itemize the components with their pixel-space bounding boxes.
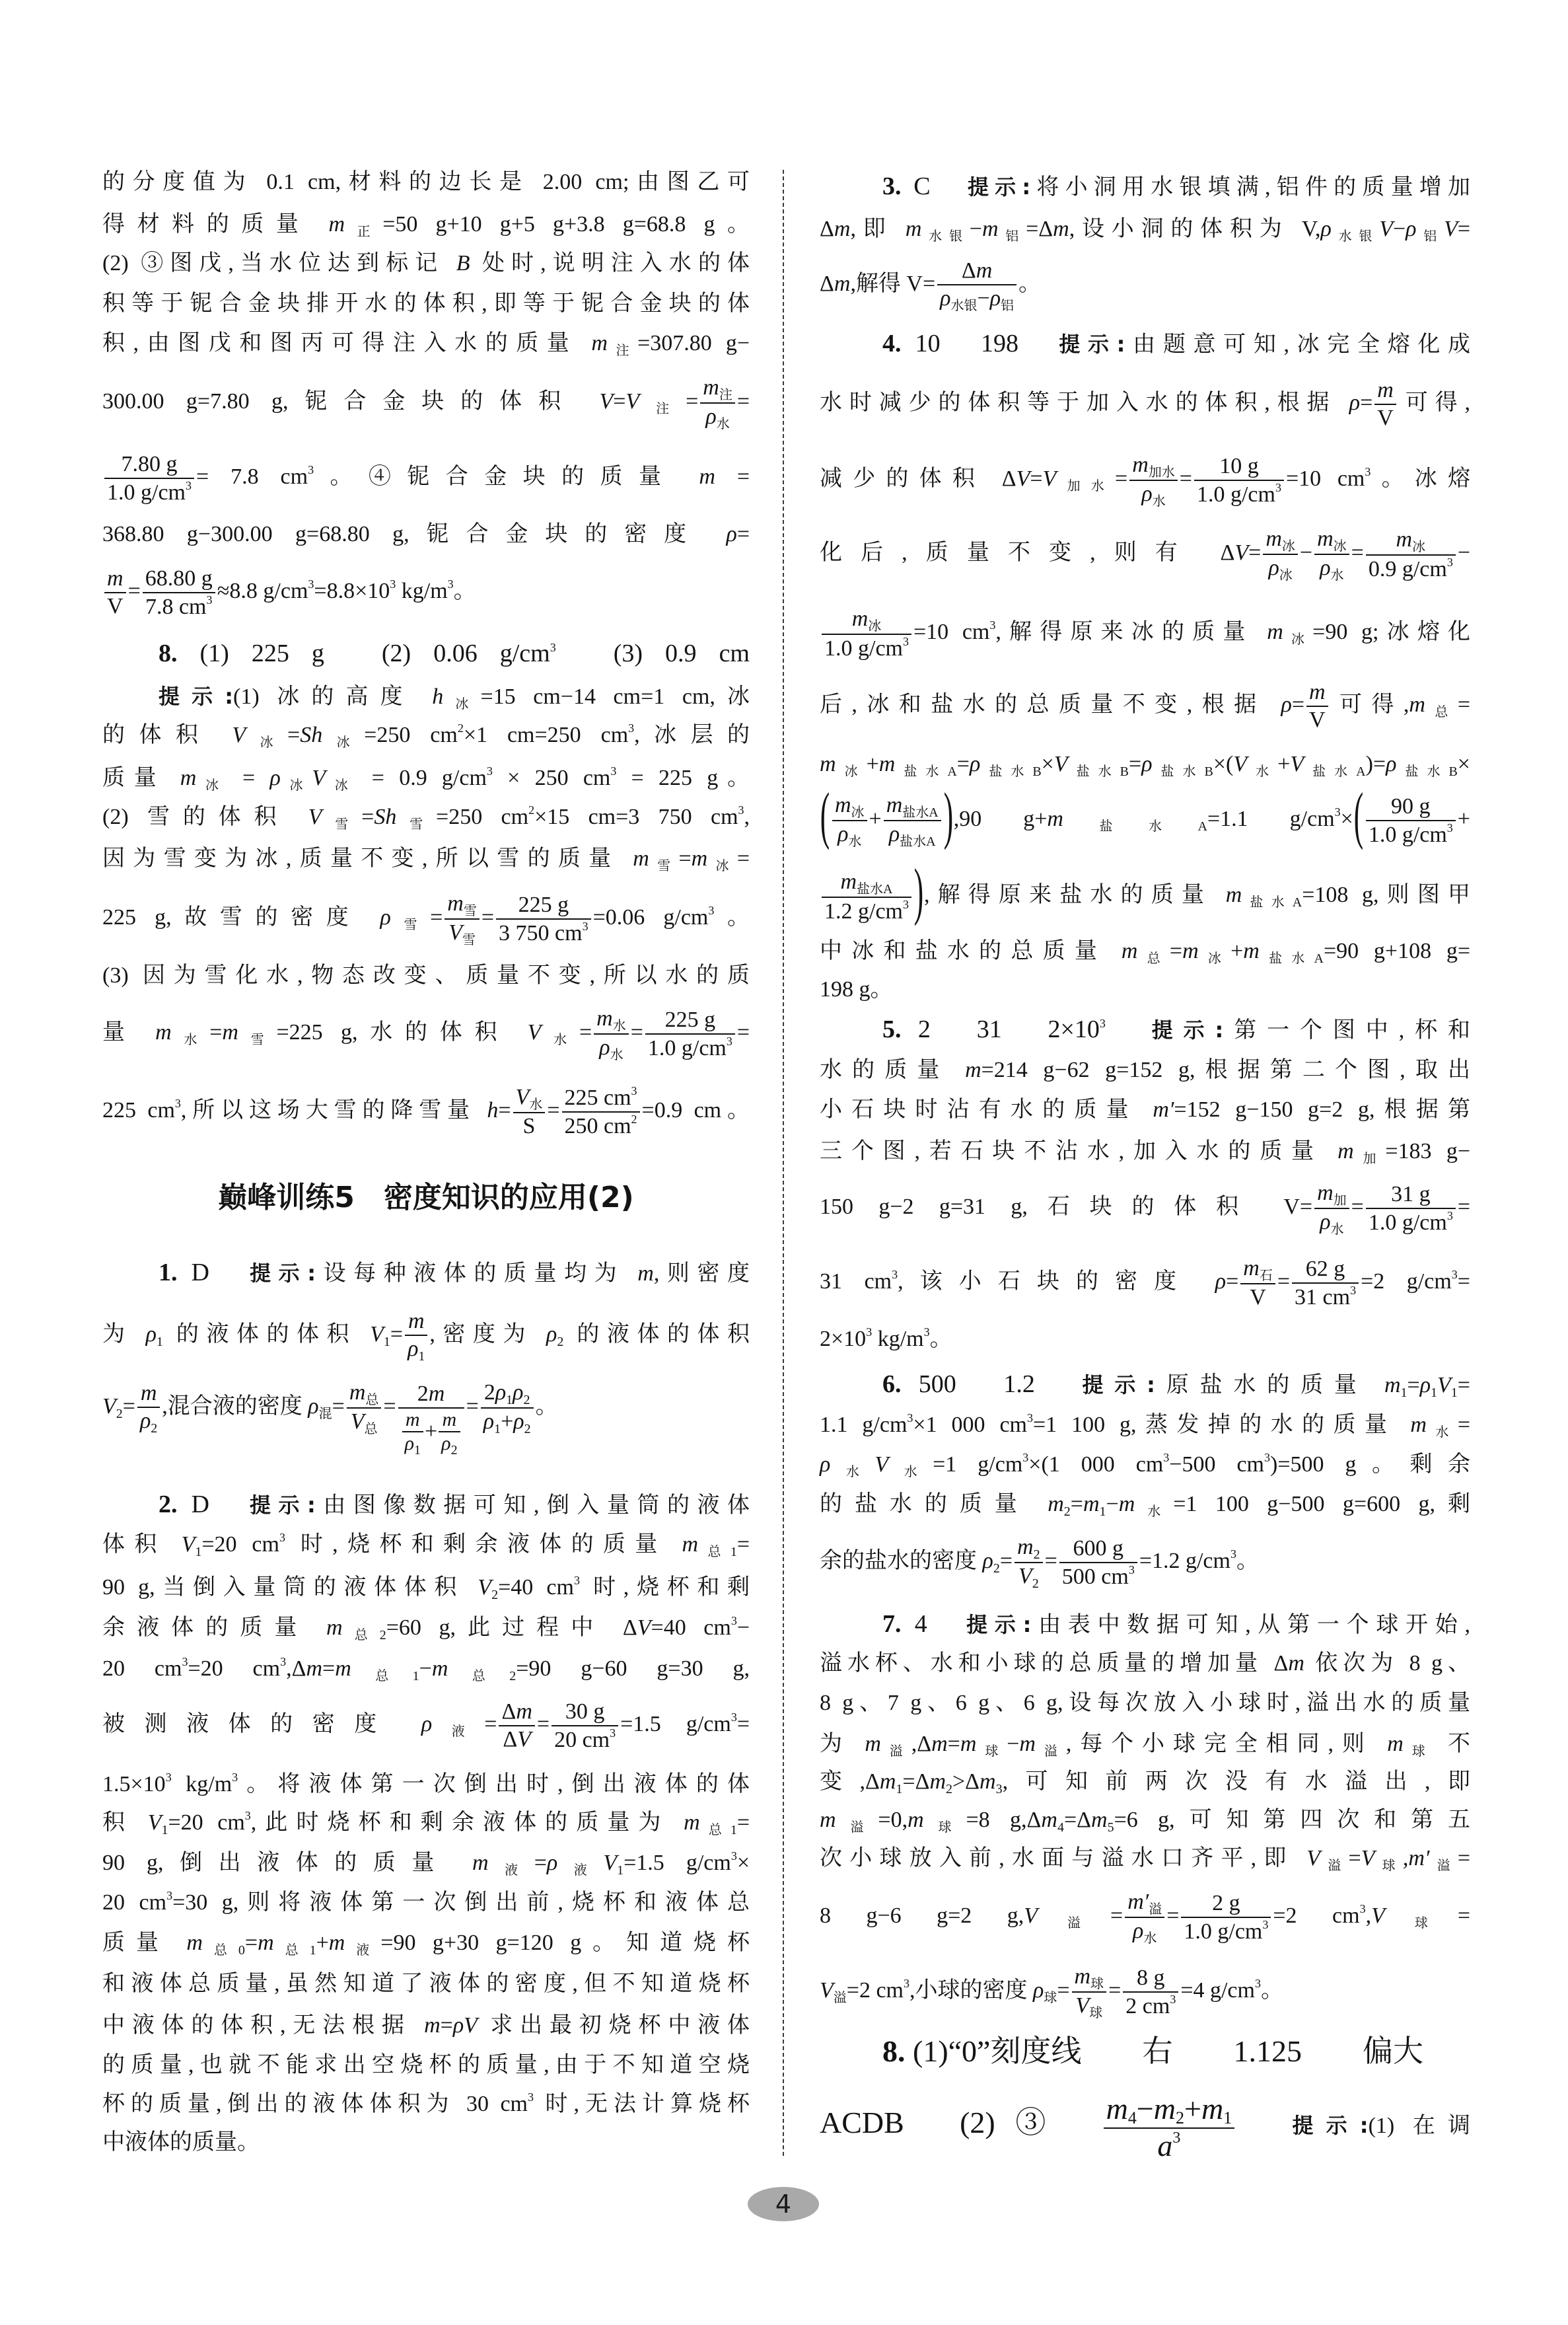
text-run: 减少的体积 Δ <box>820 466 1016 491</box>
text-line: m溢=0,m球=8 g,Δm4=Δm5=6 g,可知第四次和第五 <box>820 1800 1470 1840</box>
text-line: 中液体的体积,无法根据 m=ρV 求出最初烧杯中液体 <box>102 2006 750 2046</box>
text-run: 余液体的质量 <box>102 1615 326 1640</box>
math-variable: ρ <box>1281 692 1292 717</box>
math-variable: ρ <box>970 752 980 776</box>
subscript: 液 <box>489 1863 534 1878</box>
math-variable: m <box>960 1732 977 1756</box>
subscript: 注 <box>608 344 637 358</box>
subscript: 石 <box>1260 1269 1273 1283</box>
answer-text: 4 <box>902 1610 967 1638</box>
text-run: =1.5 g/cm <box>620 1712 731 1736</box>
subscript: 1 <box>161 1823 168 1837</box>
text-run: 7.8 cm <box>145 595 207 619</box>
text-run: 225 cm <box>565 1086 631 1110</box>
denominator: 7.8 cm3 <box>143 593 215 620</box>
fraction: 90 g1.0 g/cm3 <box>1366 794 1456 848</box>
text-line: 积,由图戊和图丙可得注入水的质量 m注=307.80 g− <box>102 324 750 363</box>
text-line: 1.5×103 kg/m3。将液体第一次倒出时,倒出液体的体 <box>102 1765 750 1804</box>
math-variable: ρ <box>441 1432 450 1454</box>
superscript: 3 <box>1447 556 1453 569</box>
text-run: 90 g,倒出液体的质量 <box>102 1851 472 1875</box>
text-run: 31 cm <box>820 1269 892 1294</box>
answer-text: ACDB (2) ③ <box>820 2106 1102 2139</box>
denominator: V <box>1306 707 1328 733</box>
math-variable: m <box>699 464 715 489</box>
math-variable: m <box>637 1261 654 1286</box>
text-run: = <box>1110 1903 1123 1928</box>
math-variable: V <box>528 1020 542 1045</box>
text-run: = <box>245 1931 258 1955</box>
superscript: 3 <box>628 721 634 735</box>
denominator: 1.2 g/cm3 <box>822 898 911 924</box>
subscript: 1 <box>1451 1385 1458 1400</box>
text-run: = <box>1408 1373 1420 1397</box>
question-number: 1. <box>159 1259 178 1286</box>
math-variable: m <box>1041 1808 1057 1832</box>
text-run: 积,由图戊和图丙可得注入水的质量 <box>102 331 591 355</box>
math-variable: ρ <box>599 1035 610 1060</box>
math-variable: m <box>424 2013 441 2038</box>
math-variable: V <box>820 1978 834 2003</box>
fraction: mV <box>1306 680 1328 733</box>
math-variable: m <box>258 1931 274 1955</box>
math-variable: m <box>834 272 851 296</box>
numerator: 225 g <box>496 893 591 920</box>
fraction: 2ρ1ρ2ρ1+ρ2 <box>481 1380 534 1436</box>
denominator: 2 cm3 <box>1123 1993 1178 2019</box>
text-run: =1 100 g−500 g=600 g,剩 <box>1173 1492 1470 1516</box>
numerator: 8 g <box>1123 1966 1178 1993</box>
text-run: − <box>1300 540 1312 565</box>
numerator: m <box>1374 378 1396 405</box>
text-line: 8 g、7 g、6 g、6 g,设每次放入小球时,溢出水的质量 <box>820 1683 1470 1723</box>
text-run: ,冰层的 <box>634 723 750 747</box>
denominator: ρ盐水A <box>884 821 941 848</box>
math-variable: ρ <box>1320 556 1330 580</box>
math-variable: V <box>603 1851 617 1875</box>
answer-text: 2 31 2×10 <box>902 1015 1100 1043</box>
text-line: m盐水A1.2 g/cm3),解得原来盐水的质量 m盐水A=108 g,则图甲 <box>820 875 1470 915</box>
math-variable: h <box>432 684 443 709</box>
text-run: 。 <box>1018 272 1041 296</box>
text-line: 质量 m总0=m总1+m液=90 g+30 g=120 g。知道烧杯 <box>102 1923 750 1963</box>
superscript: 3 <box>166 1771 172 1784</box>
text-line: m冰+m盐水A=ρ盐水B×V盐水B=ρ盐水B×(V水+V盐水A)=ρ盐水B× <box>820 745 1470 784</box>
text-run: + <box>1230 939 1243 963</box>
text-run: = <box>1248 540 1261 565</box>
superscript: 3 <box>245 1809 251 1822</box>
text-run: =20 cm <box>168 1810 244 1835</box>
text-run: 中液体的质量。 <box>102 2130 260 2155</box>
text-line: m冰1.0 g/cm3=10 cm3,解得原来冰的质量 m冰=90 g;冰熔化 <box>820 612 1470 652</box>
math-variable: ρ <box>1420 1373 1431 1397</box>
subscript: 2 <box>946 1782 952 1796</box>
math-variable: ρ <box>1033 1978 1044 2003</box>
numerator: m水 <box>594 1006 629 1035</box>
math-variable: Sh <box>300 723 322 747</box>
text-line: 量 m水=m雪=225 g,水的体积 V水=m水ρ水=225 g1.0 g/cm… <box>102 1013 750 1052</box>
text-run: = <box>1108 1978 1121 2003</box>
text-run: = <box>737 389 750 414</box>
text-line: 150 g−2 g=31 g,石块的体积 V=m加ρ水=31 g1.0 g/cm… <box>820 1187 1470 1227</box>
math-variable: a <box>1157 2129 1172 2162</box>
text-run: 的盐水的质量 <box>820 1492 1048 1516</box>
text-line: 中液体的质量。 <box>102 2123 750 2162</box>
text-run: 小石块时沾有水的质量 <box>820 1097 1153 1122</box>
text-run: 设每种液体的质量均为 <box>316 1261 637 1286</box>
math-variable: m <box>1243 939 1260 963</box>
numerator: m加 <box>1314 1181 1349 1209</box>
text-run: (3) 因为雪化水,物态改变、质量不变,所以水的质 <box>102 963 750 988</box>
denominator: ρ水 <box>700 404 735 431</box>
fraction: m4−m2+m1a3 <box>1104 2092 1235 2162</box>
text-run: = <box>383 1394 396 1419</box>
text-run: 600 g <box>1073 1536 1124 1561</box>
text-line: ρ水V水=1 g/cm3×(1 000 cm3−500 cm3)=500 g。剩… <box>820 1445 1470 1485</box>
subscript: 总 <box>1425 705 1458 720</box>
denominator: ρ2 <box>137 1408 160 1435</box>
fraction: mρ1 <box>405 1309 427 1363</box>
subscript: 冰 <box>246 735 287 750</box>
text-run: )= <box>1366 752 1386 776</box>
subscript: 冰 <box>326 778 357 793</box>
math-variable: m <box>326 1615 343 1640</box>
superscript: 3 <box>1100 1017 1106 1030</box>
answer-line-q5: 5. 2 31 2×103 提示:第一个图中,杯和 <box>882 1010 1470 1049</box>
math-variable: m <box>1019 1732 1036 1756</box>
text-run: 的体积 <box>102 723 232 747</box>
subscript: 4 <box>1057 1820 1064 1835</box>
text-run: =1 100 g,蒸发掉的水的质量 <box>1033 1413 1410 1437</box>
answer-line-q6: 6. 500 1.2 提示:原盐水的质量 m1=ρ1V1= <box>882 1364 1470 1404</box>
answer-line-q1: 1. D 提示:设每种液体的质量均为 m,则密度 <box>159 1253 750 1292</box>
numerator: m加水 <box>1129 453 1178 481</box>
hint-label: 提示: <box>1152 1017 1224 1043</box>
denominator: V <box>104 593 126 619</box>
superscript: 3 <box>175 1097 181 1110</box>
math-variable: m <box>1409 692 1425 717</box>
subscript: 铝 <box>1416 229 1444 244</box>
subscript: 溢 <box>1149 1902 1162 1917</box>
text-run: − <box>1393 217 1406 241</box>
superscript: 3 <box>1350 1284 1356 1297</box>
text-run: =20 cm <box>201 1532 279 1557</box>
text-run: 500 cm <box>1062 1565 1129 1589</box>
text-run: = <box>737 522 750 546</box>
question-number: 6. <box>882 1370 902 1398</box>
math-variable: m <box>329 212 345 237</box>
subscript: 盐水B <box>1068 764 1129 779</box>
numerator: m盐水A <box>822 869 911 898</box>
text-run: = 0.9 g/cm <box>357 766 487 790</box>
math-variable: m <box>141 1381 157 1405</box>
text-run: = <box>481 905 494 930</box>
text-run: , <box>744 805 750 829</box>
subscript: 雪 <box>649 859 679 873</box>
text-run: ,即 <box>850 217 905 241</box>
denominator: ρ水 <box>832 821 867 848</box>
math-variable: m <box>443 1409 457 1430</box>
denominator: 1.0 g/cm3 <box>645 1035 735 1061</box>
subscript: 盐水B <box>1396 764 1457 779</box>
text-run: = <box>715 464 750 489</box>
math-variable: ρ <box>269 766 280 790</box>
superscript: 3 <box>610 764 616 778</box>
subscript: 液 <box>432 1724 484 1739</box>
question-number: 5. <box>882 1015 902 1043</box>
text-run: ×1 cm=250 cm <box>464 723 628 747</box>
section-heading: 巅峰训练5 密度知识的应用(2) <box>102 1178 750 1218</box>
text-run: (2) 雪的体积 <box>102 805 308 829</box>
text-run: =40 cm <box>498 1575 574 1600</box>
superscript: 3 <box>280 1655 286 1668</box>
math-variable: m <box>1122 939 1138 963</box>
text-run: Δ <box>503 1727 517 1752</box>
answer-key-page: 的分度值为 0.1 cm,材料的边长是 2.00 cm;由图乙可 得材料的质量 … <box>0 0 1568 2325</box>
fraction: m2V2 <box>1015 1535 1043 1590</box>
subscript: 雪 <box>462 933 476 947</box>
text-line: (3) 因为雪化水,物态改变、质量不变,所以水的质 <box>102 956 750 996</box>
fraction: 31 g1.0 g/cm3 <box>1366 1182 1456 1236</box>
superscript: 3 <box>1264 1451 1270 1464</box>
text-run: 20 cm <box>102 1890 166 1915</box>
numerator: m <box>137 1381 160 1408</box>
math-variable: m <box>429 1382 445 1406</box>
text-run: 由题意可知,冰完全熔化成 <box>1125 332 1470 357</box>
text-run: = <box>1351 540 1364 565</box>
math-variable: V <box>874 1452 888 1477</box>
denominator: V <box>1374 405 1396 431</box>
text-run: 中冰和盐水的总质量 <box>820 939 1122 963</box>
math-variable: V <box>1233 752 1247 776</box>
superscript: 3 <box>1129 1563 1135 1576</box>
text-line: 90 g,当倒入量筒的液体体积 V2=40 cm3 时,烧杯和剩 <box>102 1568 750 1607</box>
text-run: =2 cm <box>1273 1903 1359 1928</box>
subscript: 球 <box>976 1744 1007 1759</box>
text-run: 225 cm <box>102 1098 175 1123</box>
subscript: 冰 <box>443 697 480 712</box>
text-run: 第一个图中,杯和 <box>1223 1018 1470 1043</box>
subscript: 球 <box>1044 1991 1057 2005</box>
superscript: 3 <box>308 463 314 476</box>
text-line: 225 g,故雪的密度 ρ雪=m雪V雪=225 g3 750 cm3=0.06 … <box>102 898 750 938</box>
text-run: =8.8×10 <box>314 579 390 603</box>
math-variable: m <box>1243 1256 1260 1280</box>
hint-label: 提示: <box>968 174 1030 200</box>
text-line: 的质量,也就不能求出空烧杯的质量,由于不知道空烧 <box>102 2046 750 2085</box>
subscript: 水 <box>1331 568 1344 583</box>
fraction: m冰ρ冰 <box>1263 527 1298 582</box>
text-run: = <box>498 1098 511 1123</box>
subscript: 注 <box>719 388 732 402</box>
math-variable: h <box>487 1098 498 1123</box>
superscript: 3 <box>731 1849 737 1863</box>
text-run: ,解得 V= <box>850 272 935 296</box>
subscript: 液 <box>557 1863 603 1878</box>
subscript: 冰 <box>1199 951 1230 966</box>
denominator: 1.0 g/cm3 <box>822 635 911 661</box>
text-run: = <box>1115 466 1127 491</box>
superscript: 3 <box>448 577 454 591</box>
text-run: (1) 冰的高度 <box>233 684 432 709</box>
text-run: 次小球放入前,水面与溢水口齐平,即 <box>820 1846 1306 1870</box>
text-run: = <box>1458 692 1470 717</box>
answer-line-q4: 4. 10 198 提示:由题意可知,冰完全熔化成 <box>882 324 1470 363</box>
text-run: 2 <box>417 1382 429 1406</box>
answer-text: 500 1.2 <box>902 1370 1083 1398</box>
column-divider <box>783 170 784 2156</box>
text-run: 质量 <box>102 766 180 790</box>
subscript: 盐水A <box>1304 764 1365 779</box>
text-run: ,设小洞的体积为 V, <box>1069 217 1321 241</box>
denominator: ρ2 <box>439 1432 460 1457</box>
text-run: = <box>1292 692 1304 717</box>
text-run: =50 g+10 g+5 g+3.8 g=68.8 g。 <box>382 212 750 237</box>
text-run: − <box>1137 2092 1154 2125</box>
numerator: m球 <box>1072 1964 1107 1993</box>
question-number: 2. <box>159 1491 178 1518</box>
math-variable: m <box>1267 620 1283 644</box>
text-run: =0, <box>878 1808 908 1832</box>
text-run: 225 g <box>518 893 569 917</box>
numerator: 225 cm3 <box>562 1085 640 1113</box>
text-run: =0.06 g/cm <box>593 905 709 930</box>
math-variable: V <box>1018 1564 1032 1588</box>
math-variable: V <box>1379 217 1393 241</box>
superscript: 3 <box>583 920 588 933</box>
text-run: = <box>430 905 443 930</box>
math-variable: m <box>1075 1964 1091 1989</box>
text-run: 8 g、7 g、6 g、6 g,设每次放入小球时,溢出水的质量 <box>820 1691 1470 1715</box>
math-variable: m <box>1337 1139 1354 1163</box>
math-variable: V <box>102 1394 116 1419</box>
math-variable: m <box>1048 1492 1064 1516</box>
math-variable: ρ <box>705 404 716 429</box>
numerator: m′溢 <box>1125 1890 1164 1918</box>
text-line: 为 ρ1 的液体的体积 V1=mρ1,密度为 ρ2 的液体的体积 <box>102 1315 750 1354</box>
denominator: ρ水银−ρ铝 <box>937 285 1016 313</box>
subscript: 水银 <box>921 229 969 244</box>
fraction: 225 g1.0 g/cm3 <box>645 1008 735 1061</box>
subscript: 水 <box>1247 764 1277 779</box>
text-line: 8 g−6 g=2 g,V溢=m′溢ρ水=2 g1.0 g/cm3=2 cm3,… <box>820 1896 1470 1936</box>
text-run: = <box>579 1020 592 1045</box>
superscript: 3 <box>1447 1209 1453 1222</box>
math-variable: V <box>370 1322 384 1347</box>
subscript: 总2 <box>448 1669 516 1683</box>
text-run: 3 750 cm <box>499 921 583 945</box>
math-variable: ρ <box>820 1452 830 1477</box>
subscript: 冰 <box>707 859 737 873</box>
fraction: 30 g20 cm3 <box>552 1699 618 1753</box>
superscript: 3 <box>1360 1902 1366 1915</box>
text-run: 2 <box>484 1380 495 1405</box>
text-run: 为 <box>102 1322 146 1347</box>
subscript: 盐水B <box>980 764 1041 779</box>
text-run: 体积 <box>102 1532 182 1557</box>
subscript: 水 <box>848 834 861 849</box>
subscript: 冰 <box>1279 568 1293 583</box>
page-number: 4 <box>775 2190 791 2219</box>
numerator: m雪 <box>445 891 480 920</box>
text-run: =1.1 g/cm <box>1207 807 1335 831</box>
math-variable: V <box>182 1532 196 1557</box>
text-run: = <box>1000 1549 1013 1573</box>
math-variable: m <box>1154 2092 1176 2125</box>
math-variable: m <box>965 1058 981 1082</box>
text-run: V <box>107 594 124 618</box>
subscript: 冰 <box>1283 632 1312 647</box>
subscript: 总 <box>364 1422 377 1436</box>
text-run: 1.0 g/cm <box>824 636 903 661</box>
subscript: 溢 <box>1038 1916 1110 1931</box>
subscript: 总 <box>365 1393 378 1407</box>
text-run: 后,冰和盐水的总质量不变,根据 <box>820 692 1281 717</box>
text-run: 62 g <box>1306 1257 1345 1281</box>
fraction: m′溢ρ水 <box>1125 1890 1164 1945</box>
text-run: >Δ <box>952 1769 980 1794</box>
math-variable: ρ <box>405 1432 414 1454</box>
answer-text <box>1236 2106 1292 2139</box>
superscript: 3 <box>1335 805 1341 819</box>
superscript: 3 <box>731 1614 737 1627</box>
text-line: (2) 雪的体积 V雪=Sh雪=250 cm2×15 cm=3 750 cm3, <box>102 797 750 837</box>
text-line: 得材料的质量 m正=50 g+10 g+5 g+3.8 g=68.8 g。 <box>102 205 750 244</box>
hint-label: 提示: <box>1059 332 1125 357</box>
numerator: m冰 <box>1366 527 1456 556</box>
math-variable: m <box>329 1931 345 1955</box>
subscript: 盐水A <box>1063 819 1207 834</box>
text-run: 可得, <box>1398 390 1470 415</box>
denominator: V球 <box>1072 1993 1107 2020</box>
subscript: 1 <box>1223 2108 1232 2127</box>
math-variable: V <box>516 1085 530 1109</box>
math-variable: V <box>148 1810 162 1835</box>
superscript: 2 <box>631 1113 637 1126</box>
math-variable: m <box>447 891 464 916</box>
text-run: 2 cm <box>1125 1994 1170 2018</box>
text-run: = <box>1458 217 1470 241</box>
subscript: 1 <box>384 1335 390 1349</box>
text-run: 余的盐水的密度 <box>820 1549 983 1573</box>
subscript: 雪 <box>322 817 361 832</box>
text-run: 中液体的体积,无法根据 <box>102 2013 424 2038</box>
text-run: ×( <box>1213 752 1234 776</box>
text-run: 31 g <box>1391 1182 1431 1206</box>
subscript: 水 <box>613 1019 626 1033</box>
subscript: 水 <box>1135 1504 1173 1519</box>
math-variable: m <box>865 1732 881 1756</box>
math-variable: V <box>1361 1846 1375 1870</box>
denominator: a3 <box>1104 2129 1235 2162</box>
denominator: 3 750 cm3 <box>496 920 591 946</box>
subscript: 正 <box>345 225 382 239</box>
math-variable: ρV <box>453 2013 478 2038</box>
text-run: + <box>1277 752 1290 776</box>
denominator: ΔV <box>499 1726 534 1752</box>
answer-text: (1) 225 g (2) 0.06 g/cm <box>178 640 550 667</box>
subscript: 雪 <box>464 904 477 918</box>
subscript: 球 <box>1404 1744 1434 1759</box>
math-variable: V <box>1075 1993 1089 2018</box>
text-run: = <box>1226 1269 1238 1294</box>
subscript: 2 <box>993 1561 1000 1576</box>
text-line: 20 cm3=30 g,则将液体第一次倒出前,烧杯和液体总 <box>102 1883 750 1923</box>
text-run: = <box>1170 939 1182 963</box>
text-line: 300.00 g=7.80 g,铌合金块的体积 V=V注=m注ρ水= <box>102 382 750 422</box>
text-run: Δ <box>962 258 976 283</box>
text-run: 积等于铌合金块排开水的体积,即等于铌合金块的体 <box>102 291 750 316</box>
